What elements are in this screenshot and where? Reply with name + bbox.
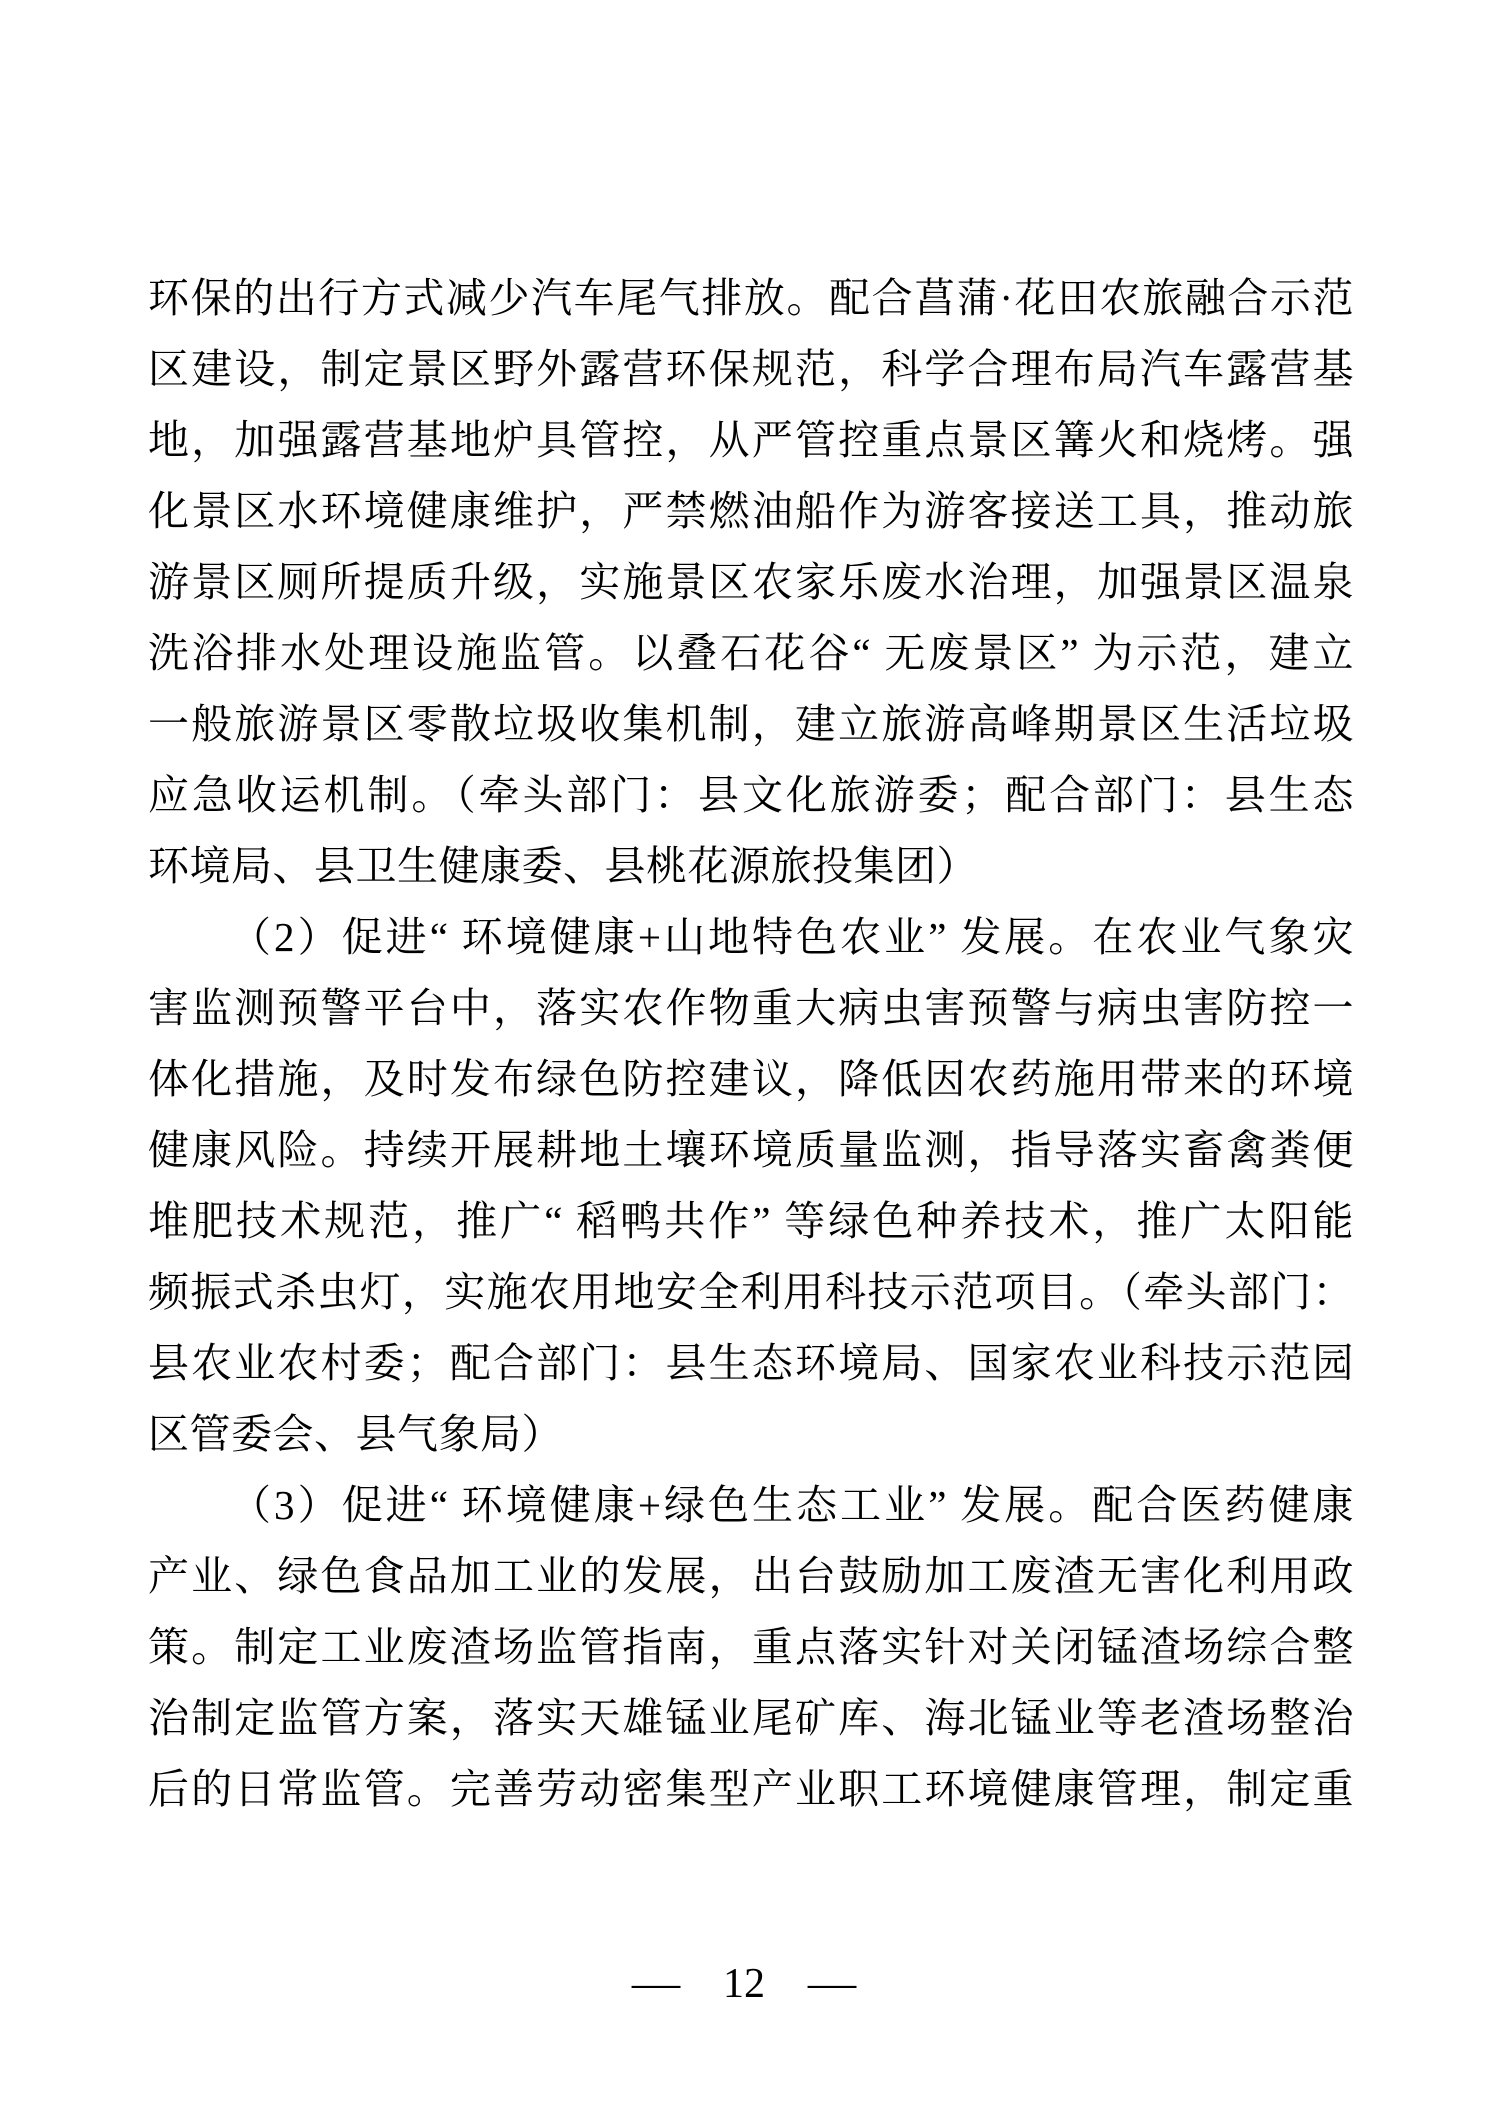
body-line: （3）促进“ 环境健康+绿色生态工业” 发展。配合医药健康 — [148, 1470, 1354, 1541]
body-line: 一般旅游景区零散垃圾收集机制，建立旅游高峰期景区生活垃圾 — [148, 689, 1354, 760]
body-line: 县农业农村委；配合部门：县生态环境局、国家农业科技示范园 — [148, 1328, 1354, 1399]
body-line: 健康风险。持续开展耕地土壤环境质量监测，指导落实畜禽粪便 — [148, 1115, 1354, 1186]
page-footer: — 12 — — [0, 1958, 1488, 2010]
body-line: 环境局、县卫生健康委、县桃花源旅投集团） — [148, 831, 1354, 902]
body-line: 地，加强露营基地炉具管控，从严管控重点景区篝火和烧烤。强 — [148, 405, 1354, 476]
body-line: 体化措施，及时发布绿色防控建议，降低因农药施用带来的环境 — [148, 1044, 1354, 1115]
footer-dash-right: — — [808, 1958, 856, 2010]
body-line: 化景区水环境健康维护，严禁燃油船作为游客接送工具，推动旅 — [148, 476, 1354, 547]
body-line: （2）促进“ 环境健康+山地特色农业” 发展。在农业气象灾 — [148, 902, 1354, 973]
body-line: 堆肥技术规范，推广“ 稻鸭共作” 等绿色种养技术，推广太阳能 — [148, 1186, 1354, 1257]
body-line: 后的日常监管。完善劳动密集型产业职工环境健康管理，制定重 — [148, 1754, 1354, 1825]
body-line: 区建设，制定景区野外露营环保规范，科学合理布局汽车露营基 — [148, 334, 1354, 405]
footer-dash-left: — — [632, 1958, 680, 2010]
body-line: 策。制定工业废渣场监管指南，重点落实针对关闭锰渣场综合整 — [148, 1612, 1354, 1683]
document-body: 环保的出行方式减少汽车尾气排放。配合菖蒲·花田农旅融合示范 区建设，制定景区野外… — [148, 263, 1354, 1825]
body-line: 游景区厕所提质升级，实施景区农家乐废水治理，加强景区温泉 — [148, 547, 1354, 618]
body-line: 应急收运机制。（牵头部门：县文化旅游委；配合部门：县生态 — [148, 760, 1354, 831]
page-number: 12 — [723, 1958, 765, 2010]
body-line: 产业、绿色食品加工业的发展，出台鼓励加工废渣无害化利用政 — [148, 1541, 1354, 1612]
body-line: 害监测预警平台中，落实农作物重大病虫害预警与病虫害防控一 — [148, 973, 1354, 1044]
body-line: 环保的出行方式减少汽车尾气排放。配合菖蒲·花田农旅融合示范 — [148, 263, 1354, 334]
body-line: 治制定监管方案，落实天雄锰业尾矿库、海北锰业等老渣场整治 — [148, 1683, 1354, 1754]
body-line: 频振式杀虫灯，实施农用地安全利用科技示范项目。（牵头部门： — [148, 1257, 1354, 1328]
document-page: 环保的出行方式减少汽车尾气排放。配合菖蒲·花田农旅融合示范 区建设，制定景区野外… — [0, 0, 1488, 2105]
body-line: 区管委会、县气象局） — [148, 1399, 1354, 1470]
body-line: 洗浴排水处理设施监管。以叠石花谷“ 无废景区” 为示范，建立 — [148, 618, 1354, 689]
